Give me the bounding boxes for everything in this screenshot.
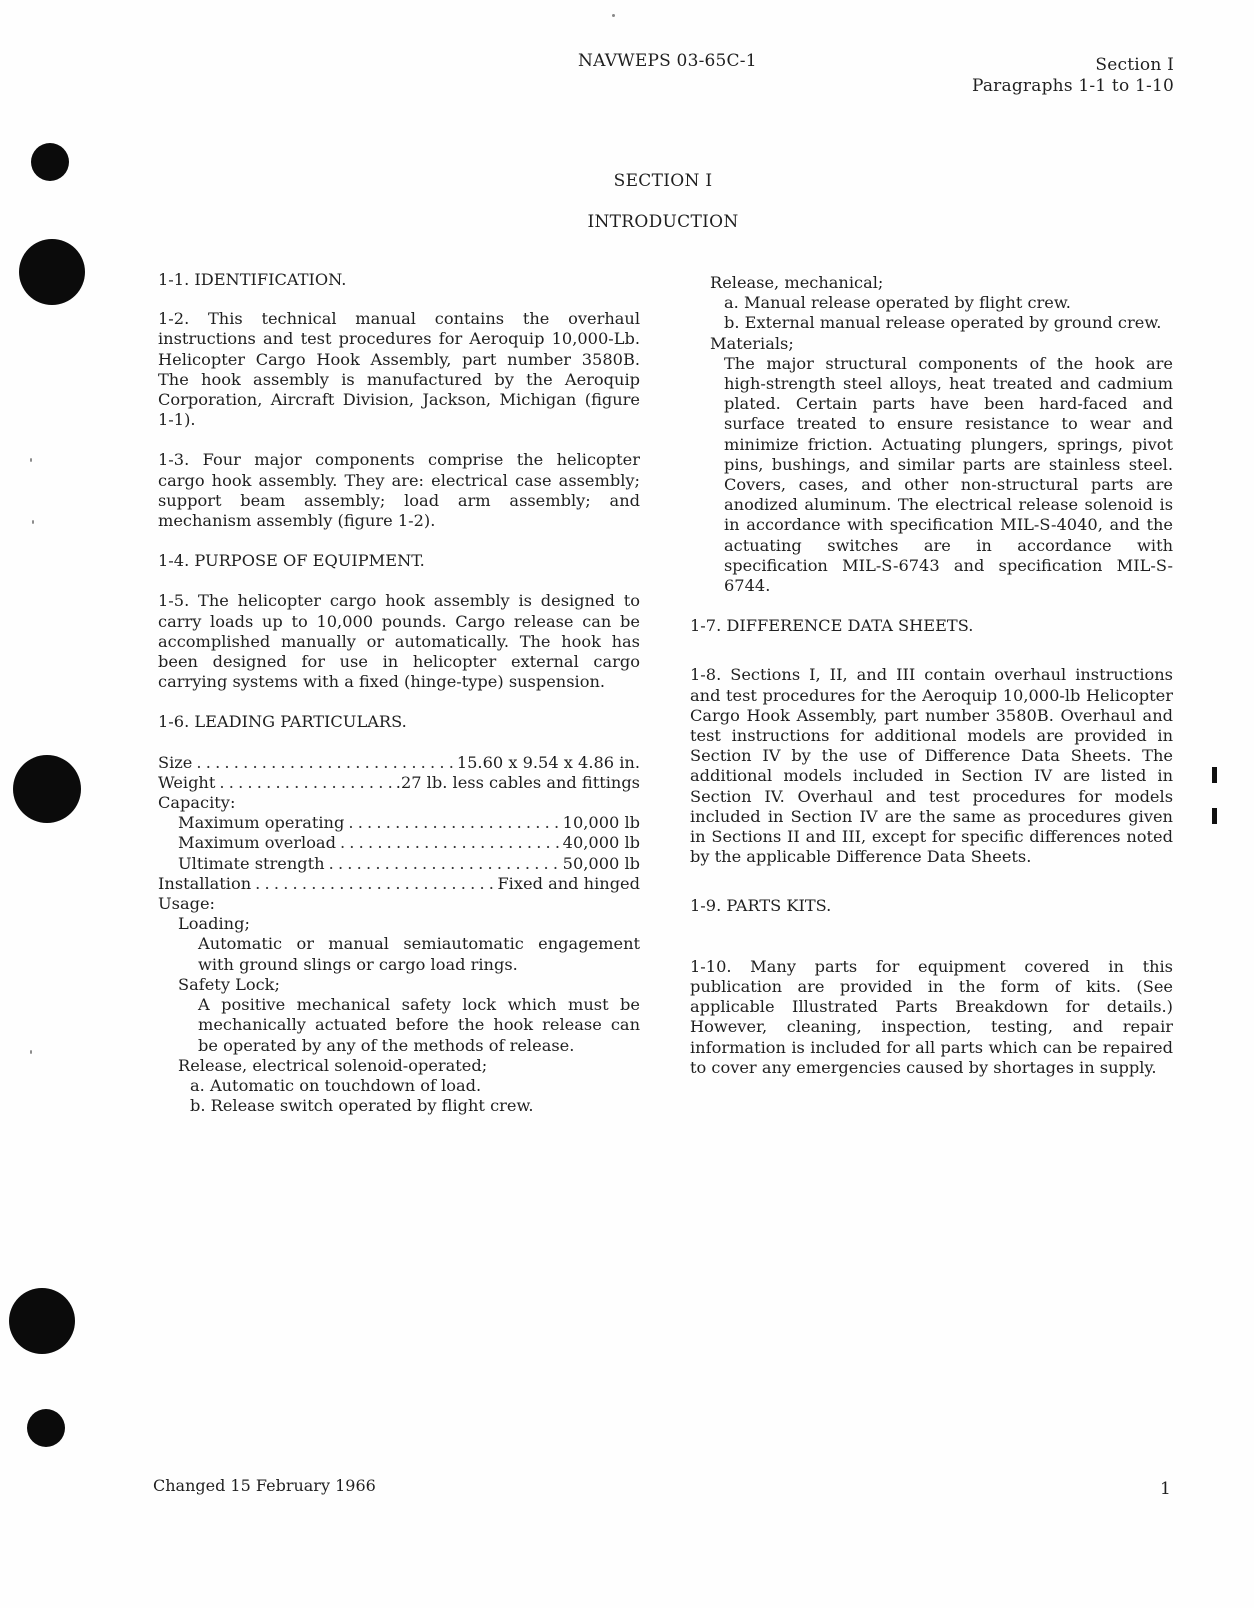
heading-identification: 1-1. IDENTIFICATION. (158, 270, 640, 290)
scan-speck (32, 520, 34, 524)
heading-parts-kits: 1-9. PARTS KITS. (690, 896, 1173, 916)
spec-value: .27 lb. less cables and fittings (396, 773, 640, 793)
release-mechanical-item-b: b. External manual release operated by g… (690, 313, 1173, 333)
heading-purpose: 1-4. PURPOSE OF EQUIPMENT. (158, 551, 640, 571)
usage-loading-label: Loading; (158, 914, 640, 934)
punch-hole-4 (9, 1288, 75, 1354)
scan-speck (612, 14, 615, 17)
materials-label: Materials; (690, 334, 1173, 354)
spec-weight: Weight .................................… (158, 773, 640, 793)
spec-label: Ultimate strength (178, 854, 325, 874)
paragraph-1-2: 1-2. This technical manual contains the … (158, 309, 640, 430)
page-number: 1 (1160, 1479, 1171, 1499)
spec-label: Size (158, 753, 192, 773)
spec-label: Installation (158, 874, 251, 894)
change-bar (1212, 767, 1217, 783)
header-section: Section I (1095, 54, 1174, 76)
spec-size: Size ...................................… (158, 753, 640, 773)
spec-label: Maximum overload (178, 833, 336, 853)
usage-safety-lock-text: A positive mechanical safety lock which … (158, 995, 640, 1056)
spec-ultimate-strength: Ultimate strength ......................… (158, 854, 640, 874)
usage-safety-lock-label: Safety Lock; (158, 975, 640, 995)
paragraph-1-10: 1-10. Many parts for equipment covered i… (690, 957, 1173, 1078)
release-mechanical-label: Release, mechanical; (690, 273, 1173, 293)
spec-value: Fixed and hinged (497, 874, 640, 894)
punch-hole-5 (27, 1409, 65, 1447)
release-electrical-item-b: b. Release switch operated by flight cre… (158, 1096, 640, 1116)
heading-difference-data-sheets: 1-7. DIFFERENCE DATA SHEETS. (690, 616, 1173, 636)
release-mechanical-item-a: a. Manual release operated by flight cre… (690, 293, 1173, 313)
spec-label: Maximum operating (178, 813, 344, 833)
change-date: Changed 15 February 1966 (153, 1476, 376, 1495)
spec-value: 10,000 lb (563, 813, 640, 833)
section-title: SECTION I (0, 171, 1254, 191)
punch-hole-3 (13, 755, 81, 823)
spec-capacity-label: Capacity: (158, 793, 640, 813)
spec-usage-label: Usage: (158, 894, 640, 914)
paragraph-1-8: 1-8. Sections I, II, and III contain ove… (690, 665, 1173, 867)
scan-speck (30, 1050, 32, 1054)
spec-value: 40,000 lb (563, 833, 640, 853)
section-name: INTRODUCTION (0, 212, 1254, 232)
paragraph-1-5: 1-5. The helicopter cargo hook assembly … (158, 591, 640, 692)
release-electrical-item-a: a. Automatic on touchdown of load. (158, 1076, 640, 1096)
right-column: Release, mechanical; a. Manual release o… (690, 273, 1173, 1078)
spec-max-operating: Maximum operating ......................… (158, 813, 640, 833)
scan-speck (30, 458, 32, 462)
heading-leading-particulars: 1-6. LEADING PARTICULARS. (158, 712, 640, 732)
spec-value: 50,000 lb (563, 854, 640, 874)
document-number: NAVWEPS 03-65C-1 (578, 50, 757, 72)
spec-value: 15.60 x 9.54 x 4.86 in. (457, 753, 640, 773)
change-bar (1212, 808, 1217, 824)
spec-label: Weight (158, 773, 215, 793)
usage-loading-text: Automatic or manual semiautomatic engage… (158, 934, 640, 974)
header-paragraphs: Paragraphs 1-1 to 1-10 (972, 75, 1174, 97)
usage-release-electrical-label: Release, electrical solenoid-operated; (158, 1056, 640, 1076)
spec-installation: Installation ...........................… (158, 874, 640, 894)
materials-text: The major structural components of the h… (690, 354, 1173, 596)
spec-max-overload: Maximum overload .......................… (158, 833, 640, 853)
punch-hole-2 (19, 239, 85, 305)
left-column: 1-1. IDENTIFICATION. 1-2. This technical… (158, 270, 640, 1116)
paragraph-1-3: 1-3. Four major components comprise the … (158, 450, 640, 531)
